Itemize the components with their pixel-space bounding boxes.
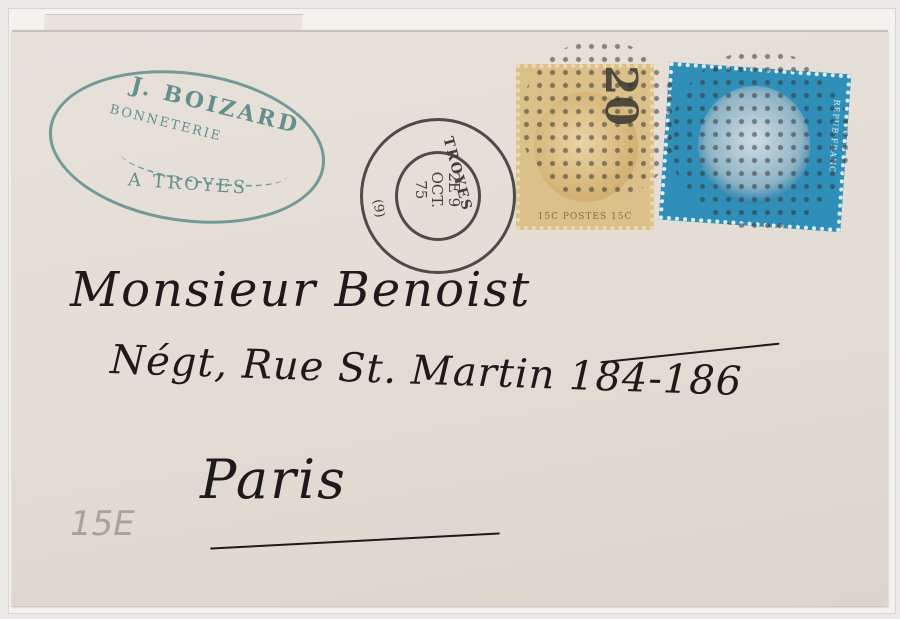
address-line-1: Monsieur Benoist bbox=[70, 262, 531, 318]
dotted-obliteration bbox=[670, 50, 850, 230]
postmark-date-day: 2E 9 bbox=[445, 160, 462, 220]
postmark-date: 2E 9 OCT. 75 bbox=[412, 160, 462, 220]
postmark-date-month: OCT. bbox=[429, 160, 446, 220]
postmark-date-year: 75 bbox=[412, 160, 429, 220]
stamp-15c-value: 15C POSTES 15C bbox=[524, 212, 646, 222]
pencil-note: 15E bbox=[70, 504, 135, 544]
cover-fold-line bbox=[12, 30, 888, 32]
obliteration-number: 20 bbox=[595, 65, 646, 126]
postmark-department: (9) bbox=[369, 198, 387, 219]
address-line-3: Paris bbox=[200, 448, 347, 511]
circular-date-postmark: TROYES 2E 9 OCT. 75 (9) bbox=[360, 118, 516, 274]
